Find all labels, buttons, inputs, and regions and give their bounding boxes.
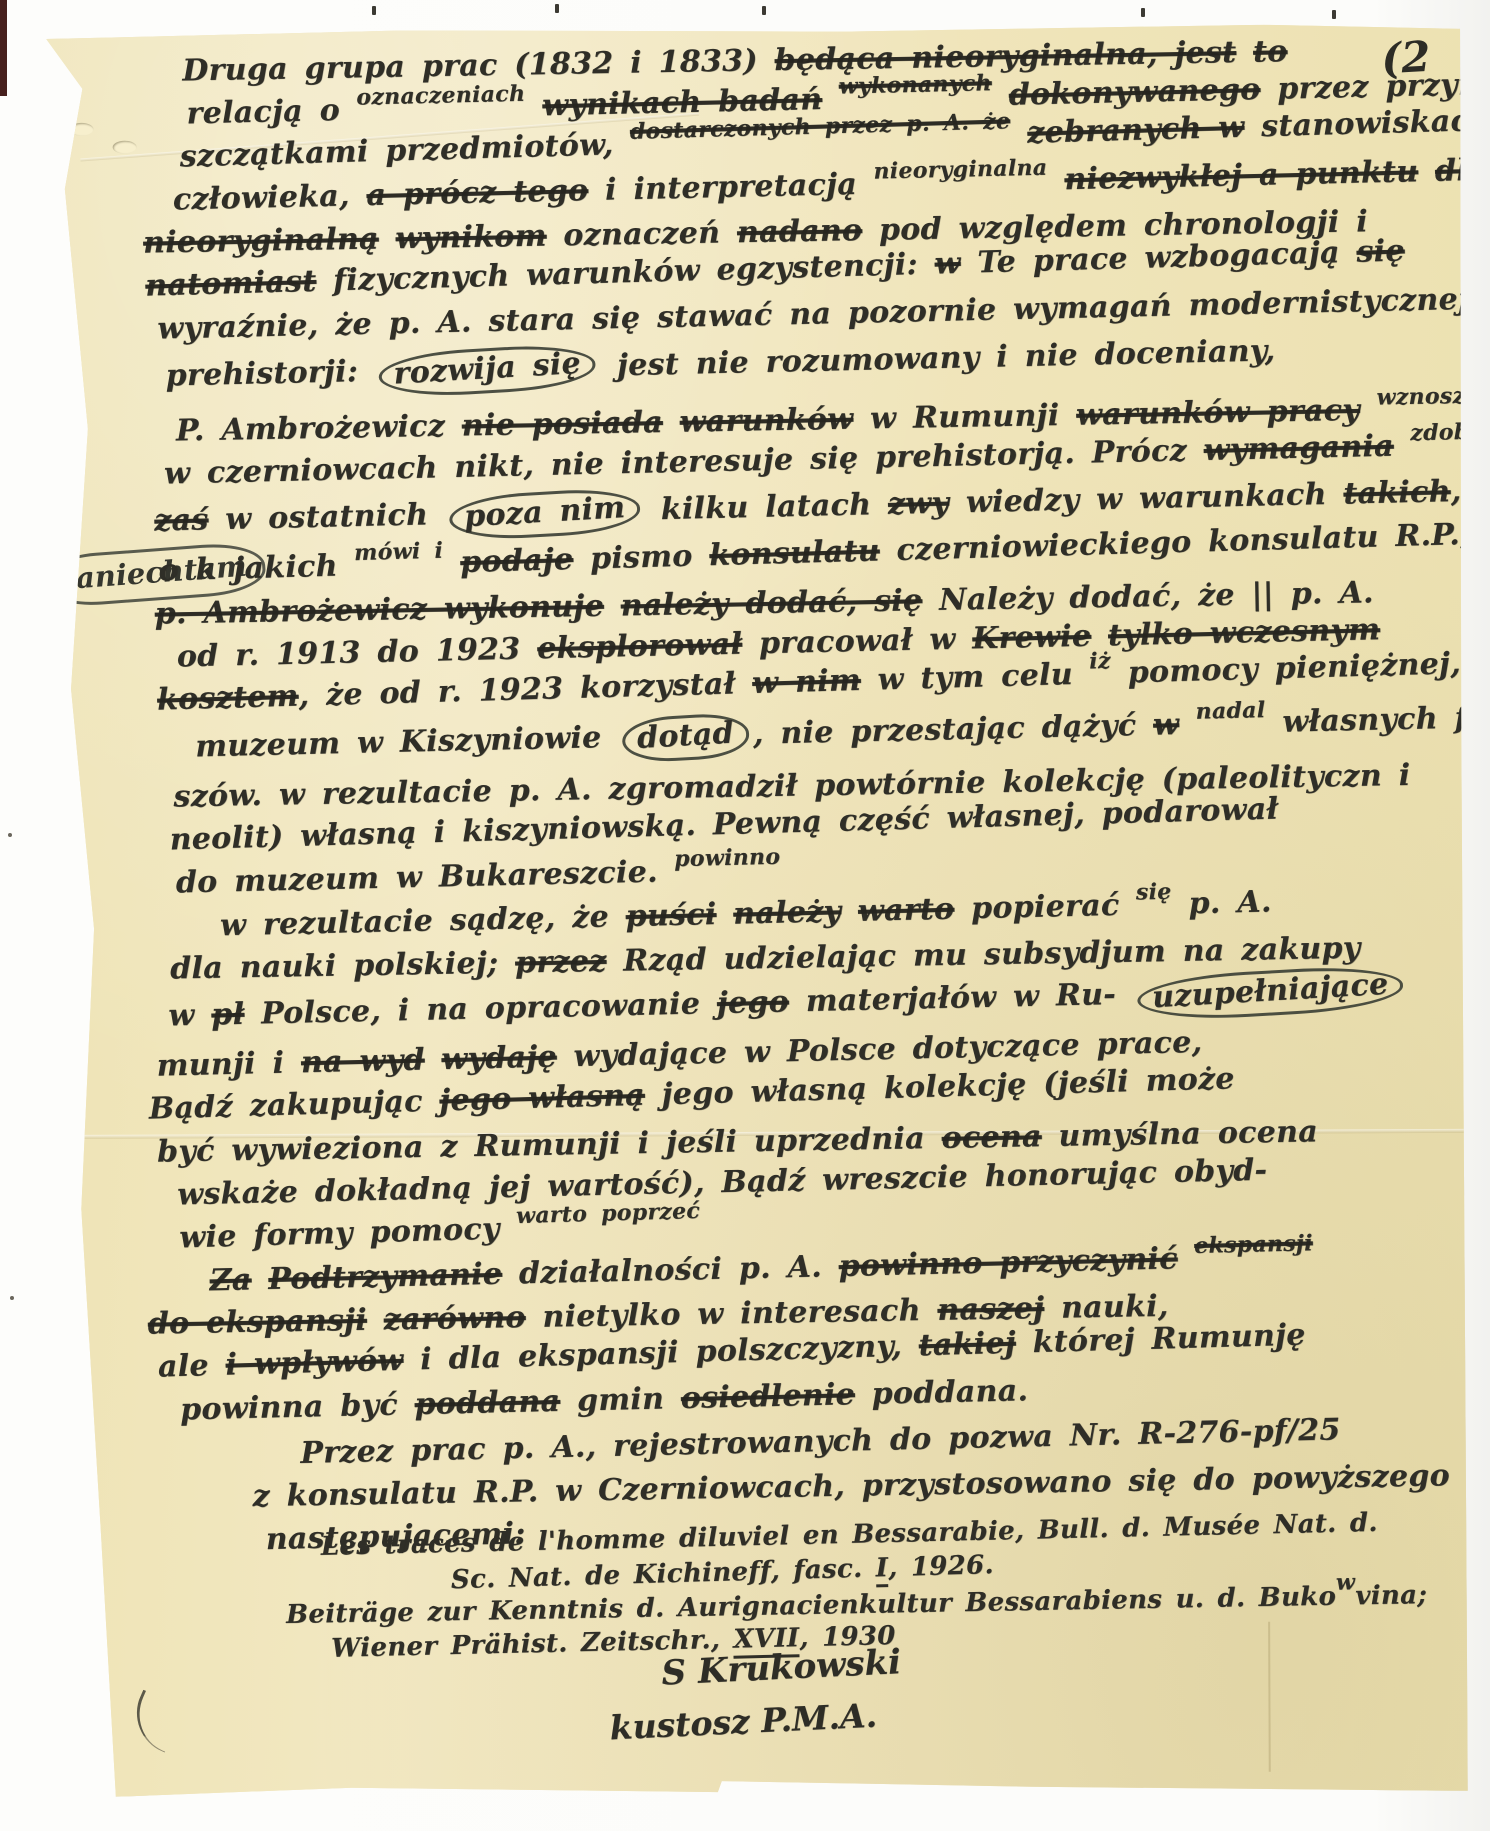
handwritten-text: gmin [560,1381,681,1419]
struck-out-text: osiedlenie [680,1377,855,1416]
handwritten-text: wiedzy w warunkach [949,477,1344,521]
struck-out-text: Krewie [972,619,1092,657]
struck-out-text: nadano [737,213,863,250]
struck-out-text: Za [209,1262,252,1298]
handwritten-text: w tym celu [860,657,1090,698]
handwritten-text [1179,707,1197,742]
struck-out-text: dla chronologji [1435,148,1468,189]
handwritten-text [378,221,395,256]
struck-out-text: w [1153,707,1180,743]
handwritten-text: umyślna ocena [1041,1114,1318,1154]
struck-out-text: na wyd [301,1042,425,1080]
struck-out-text: zebranych w [1027,110,1245,151]
handwritten-text: oznaczeń [546,215,737,253]
struck-out-text: pł [211,997,245,1033]
handwritten-text: , [1450,474,1462,509]
handwritten-text: od r. 1913 do 1923 [176,631,537,674]
handwritten-text: relacją o [186,93,357,132]
handwritten-text: p. A. [1171,884,1272,921]
handwritten-text: w rezultacie sądzę, że [220,899,626,943]
struck-out-text: tylko wczesnym [1108,612,1381,653]
handwritten-text: , że od r. 1923 korzystał [298,666,753,714]
struck-out-text: należy [733,894,842,931]
struck-out-text: naszej [937,1291,1045,1328]
handwritten-text: wie formy pomocy [179,1211,517,1255]
handwritten-text: o k jakich [158,548,355,588]
scanner-tick-mark [1141,8,1145,17]
signature-title: kustosz P.M.A. [609,1696,878,1748]
handwritten-text: vina; [1355,1580,1427,1611]
handwritten-text: poddana. [855,1373,1029,1412]
handwritten-text [1010,116,1028,151]
struck-out-text: zarówno [383,1300,526,1337]
struck-out-text: wymagania [1203,429,1394,468]
handwritten-text [525,88,543,123]
handwritten-text: kilku latach [644,487,889,528]
circled-word: dotąd [621,712,750,764]
handwritten-text: pracował w [742,621,973,661]
handwritten-text: Bądź zakupując [148,1083,439,1126]
handwritten-text: jest nie rozumowany i nie doceniany, [600,333,1276,383]
dust-speck [10,1296,14,1300]
handwritten-text: w ostatnich [208,497,445,537]
handwritten-text [663,405,680,440]
handwritten-text: Sc. Nat. de Kichineff, fasc. [451,1553,877,1595]
inserted-word: nadal [1195,700,1265,722]
handwritten-text: szczątkami przedmiotów, [179,127,631,175]
handwritten-text [604,588,621,623]
handwritten-text: , 1926. [888,1550,994,1583]
handwritten-text: której Rumunję [1015,1318,1306,1361]
inserted-word: warto poprzeć [516,1201,701,1226]
struck-out-text: jego własną [439,1078,646,1119]
handwritten-text: pomocy pieniężnej, [1111,646,1462,691]
struck-out-text: powinno przyczynić [838,1241,1178,1284]
handwritten-text [1177,1241,1195,1276]
struck-out-text: warunków [679,402,853,440]
struck-out-text: do ekspansji [147,1303,367,1342]
struck-out-text: i wpływów [225,1343,404,1383]
struck-out-text: warto [858,892,955,929]
handwritten-text: popierać [954,888,1137,927]
inserted-word: się [1136,882,1172,903]
inserted-word: oznaczeniach [356,84,525,108]
handwritten-text: pismo [573,538,710,577]
struck-out-text: nie posiada [461,405,663,444]
struck-out-text: zwy [888,486,950,522]
inserted-word: mówi i [354,541,444,563]
inserted-word: w [1336,1572,1356,1592]
struck-out-text: Podtrzymanie [268,1257,503,1297]
handwritten-text [424,1042,442,1077]
handwritten-text: dla nauki polskiej; [170,945,515,986]
struck-out-text: dokonywanego [1008,72,1261,113]
scanner-tick-mark [1332,10,1336,19]
inserted-word: nieoryginalna [873,158,1047,182]
scanner-tick-mark [555,4,559,13]
struck-out-text: wydaję [441,1039,557,1077]
manuscript-paper: (2 zaniechtam Druga grupa prac (1832 i 1… [24,23,1468,1797]
handwritten-text: własnych fundu- [1265,698,1468,740]
struck-out-text: w nim [752,663,862,701]
handwritten-text: powinna być [180,1387,415,1427]
struck-out-text: warunków pracy [1076,393,1360,433]
circled-word: poza nim [448,486,642,542]
struck-out-text: niezwykłej a punktu [1064,154,1419,197]
struck-out-text: się [1356,233,1405,269]
circled-word: uzupełniające [1136,963,1405,1023]
handwritten-text [443,545,461,580]
struck-out-text: nieoryginalną [143,222,379,261]
inserted-word: zdobywania [1410,420,1468,443]
struck-out-text: podaje [460,542,574,580]
struck-out-text: puści [625,897,717,934]
struck-out-text: należy dodać, się [620,583,922,623]
handwritten-text: muzeum w Kiszyniowie [195,720,619,765]
handwritten-text: munji i [156,1045,301,1083]
struck-out-text: takich [1343,474,1451,511]
handwritten-text: i interpretacją [588,167,874,208]
handwritten-text: materjałów w Ru- [789,977,1134,1020]
struck-out-text: konsulatu [709,533,880,573]
handwritten-text [841,894,859,929]
scanned-page: (2 zaniechtam Druga grupa prac (1832 i 1… [0,0,1490,1831]
handwritten-text [251,1262,269,1297]
inserted-word: powinno [674,847,781,869]
handwritten-text: nauki, [1044,1289,1169,1326]
handwritten-text [1047,162,1065,197]
scanner-tick-mark [762,6,766,15]
struck-out-text: to [1253,34,1288,70]
struck-out-text: a prócz tego [366,173,589,213]
inserted-word: wznoszonej [1376,385,1468,407]
handwritten-text: Polsce, i na opracowanie [244,986,717,1032]
struck-out-text: kosztem [157,679,299,718]
handwritten-text [1393,428,1411,463]
handwritten-text: prehistorji: [165,354,375,394]
handwritten-text: P. Ambrożewicz [176,408,462,448]
inserted-struck-word: ekspansji [1194,1233,1313,1256]
struck-out-text: eksplorował [537,627,743,667]
struck-out-text: p. Ambrożewicz wykonuje [154,589,604,632]
struck-out-text: takiej [918,1326,1016,1364]
circled-word: rozwija się [378,342,598,399]
handwritten-text: w [168,998,212,1034]
scanner-tick-mark [372,6,376,15]
inserted-struck-word: wykonanych [838,73,991,96]
inserted-word: iż [1089,651,1111,672]
struck-out-text: poddana [414,1384,560,1422]
handwritten-text: , nie przestając dążyć [753,708,1154,752]
handwritten-text: ale [157,1348,226,1385]
dust-speck [8,833,12,837]
struck-out-text: ocena [941,1119,1042,1156]
stray-ink-mark [124,1690,185,1753]
handwritten-text: do muzeum w Bukareszcie. [175,854,674,900]
scanner-edge-artifact [0,0,7,96]
handwritten-text: w Rumunji [853,398,1076,437]
struck-out-text: będąca nieoryginalna, jest [774,35,1236,78]
handwritten-text [1236,35,1253,70]
handwritten-text [716,897,734,932]
handwritten-text [822,82,840,117]
struck-out-text: w [934,246,961,282]
handwritten-text: działalności p. A. [502,1249,839,1292]
struck-out-text: jego [716,984,789,1021]
handwritten-text: Należy dodać, że || p. A. [922,575,1374,618]
handwritten-text [1360,393,1377,428]
struck-out-text: zaś [154,502,209,538]
handwritten-text [1418,154,1436,189]
struck-out-text: natomiast [145,264,317,304]
handwritten-text [367,1302,384,1337]
struck-out-text: przez [515,944,607,981]
manuscript-text: Druga grupa prac (1832 i 1833) będąca ni… [24,49,1467,1669]
struck-out-text: wynikom [395,219,547,257]
handwritten-text: człowieka, [172,178,366,217]
